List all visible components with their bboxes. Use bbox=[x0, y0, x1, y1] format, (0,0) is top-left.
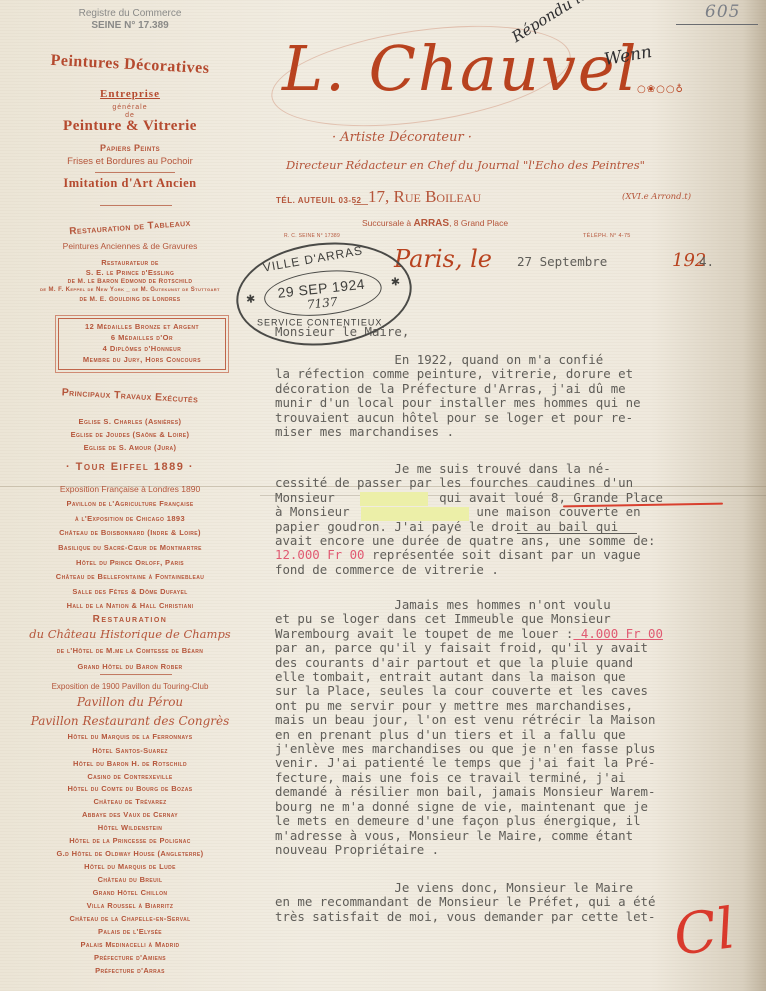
entreprise-label: Entreprise bbox=[0, 88, 260, 100]
church-line: Eglise de Joudes (Saône & Loire) bbox=[0, 430, 260, 439]
medal-line: Membre du Jury, Hors Concours bbox=[59, 354, 225, 365]
star-icon: ✱ bbox=[245, 292, 256, 306]
divider bbox=[100, 205, 172, 206]
medal-line: 12 Médailles Bronze et Argent bbox=[59, 321, 225, 332]
redaction-box bbox=[360, 492, 428, 506]
text-line: miser mes marchandises . bbox=[275, 425, 641, 439]
work-line: Hôtel du Baron H. de Rotschild bbox=[0, 759, 260, 768]
red-initial-mark: Cl bbox=[670, 896, 739, 969]
text-fragment: représentée soit disant par un vague bbox=[365, 547, 641, 562]
redaction-box bbox=[361, 507, 469, 521]
text-line: en me recommandant de Monsieur le Préfet… bbox=[275, 895, 655, 909]
letter-date: 27 Septembre bbox=[517, 254, 607, 269]
arrondissement: (XVI.e Arrond.t) bbox=[622, 192, 691, 202]
work-line: Hôtel du Prince Orloff, Paris bbox=[0, 558, 260, 567]
work-line: Pavillon de l'Agriculture Française bbox=[0, 499, 260, 508]
paragraph-4: Je viens donc, Monsieur le Maireen me re… bbox=[275, 881, 655, 924]
typed-underline bbox=[517, 533, 637, 534]
restaurateur-de: Restaurateur de bbox=[0, 258, 260, 267]
medal-line: 6 Médailles d'Or bbox=[59, 332, 225, 343]
client-line: S. E. le Prince d'Essling bbox=[0, 268, 260, 277]
text-line: Monsieur qui avait loué 8, Grande Place bbox=[275, 491, 663, 505]
work-line: Hôtel Santos-Suarez bbox=[0, 746, 260, 755]
text-line: fecture, mais une fois ce travail termin… bbox=[275, 771, 663, 785]
reference-underline bbox=[676, 24, 758, 25]
divider bbox=[100, 674, 172, 675]
papiers-peints: Papiers Peints bbox=[0, 143, 260, 153]
directeur-line: Directeur Rédacteur en Chef du Journal "… bbox=[286, 158, 645, 172]
work-line: Villa Roussel à Biarritz bbox=[0, 901, 260, 910]
text-line: le mets en demeure d'une façon plus éner… bbox=[275, 814, 663, 828]
church-line: Eglise de S. Amour (Jura) bbox=[0, 443, 260, 452]
succursale-city: ARRAS bbox=[414, 218, 450, 229]
text-line: munir d'un local pour installer mes homm… bbox=[275, 396, 641, 410]
work-line: à l'Exposition de Chicago 1893 bbox=[0, 514, 260, 523]
text-line: cessité de passer par les fourches caudi… bbox=[275, 476, 663, 490]
text-line: fond de commerce de vitrerie . bbox=[275, 563, 663, 577]
work-line: Château de Bellefontaine à Fontainebleau bbox=[0, 572, 260, 581]
register-number: SEINE N° 17.389 bbox=[40, 20, 220, 32]
star-icon: ✱ bbox=[390, 275, 401, 289]
pavillon-perou: Pavillon du Pérou bbox=[0, 695, 260, 709]
text-line: mais un beau jour, l'on est venu rétréci… bbox=[275, 713, 663, 727]
work-line: Hôtel du Comte du Bourg de Bozas bbox=[0, 784, 260, 793]
client-line: de M. F. Keppel de New York _ de M. Gute… bbox=[0, 287, 260, 293]
succursale-line: Succursale à ARRAS, 8 Grand Place bbox=[362, 218, 508, 229]
work-line: Château du Breuil bbox=[0, 875, 260, 884]
medals-box: 12 Médailles Bronze et Argent 6 Médaille… bbox=[58, 318, 226, 370]
expo-1900: Exposition de 1900 Pavillon du Touring-C… bbox=[0, 682, 260, 691]
text-line: En 1922, quand on m'a confié bbox=[275, 353, 641, 367]
register-line: Registre du Commerce bbox=[40, 8, 220, 20]
text-line: sur la Place, seules la cour couverte et… bbox=[275, 684, 663, 698]
work-line: Palais de l'Elysée bbox=[0, 927, 260, 936]
medal-line: 4 Diplômes d'Honneur bbox=[59, 343, 225, 354]
text-line: trouvaient aucun hôtel pour se loger et … bbox=[275, 411, 641, 425]
stamp-service: SERVICE CONTENTIEUX bbox=[257, 318, 382, 328]
paragraph-3: Jamais mes hommes n'ont vouluet pu se lo… bbox=[275, 598, 663, 857]
text-line: papier goudron. J'ai payé le droit au ba… bbox=[275, 520, 663, 534]
text-line: elle tombait, entrait autant dans la mai… bbox=[275, 670, 663, 684]
text-line: et pu se loger dans cet Immeuble que Mon… bbox=[275, 612, 663, 626]
work-line: Hôtel du Marquis de la Ferronnays bbox=[0, 732, 260, 741]
work-line: G.d Hôtel de Oldway House (Angleterre) bbox=[0, 849, 260, 858]
text-line: la réfection comme peinture, vitrerie, d… bbox=[275, 367, 641, 381]
text-line: décoration de la Préfecture d'Arras, j'a… bbox=[275, 382, 641, 396]
text-line: m'adresse à vous, Monsieur le Maire, com… bbox=[275, 829, 663, 843]
generale-label: générale bbox=[0, 104, 260, 111]
text-line: des courants d'air partout et que la plu… bbox=[275, 656, 663, 670]
text-line: avait encore une durée de quatre ans, un… bbox=[275, 534, 663, 548]
restauration-tableaux: Restauration de Tableaux bbox=[0, 213, 260, 242]
work-line: Hôtel de la Princesse de Polignac bbox=[0, 836, 260, 845]
brand-ornament-icon: ○❀○○♁ bbox=[637, 84, 684, 95]
text-line: venir. J'ai patienté le temps que j'ai f… bbox=[275, 756, 663, 770]
place-prefix: Paris, le bbox=[394, 245, 492, 273]
work-line: Hôtel Wildenstein bbox=[0, 823, 260, 832]
travaux-title: Principaux Travaux Exécutés bbox=[0, 383, 260, 409]
amount-4000: 4.000 Fr 00 bbox=[573, 626, 663, 641]
restauration-sub: Peintures Anciennes & de Gravures bbox=[0, 241, 260, 251]
restauration-heading: Restauration bbox=[0, 614, 260, 625]
tour-eiffel: · Tour Eiffel 1889 · bbox=[0, 461, 260, 473]
work-line: Hôtel du Marquis de Lude bbox=[0, 862, 260, 871]
text-line: Je viens donc, Monsieur le Maire bbox=[275, 881, 655, 895]
text-line: ont pu me servir pour y mettre mes march… bbox=[275, 699, 663, 713]
text-line: Warembourg avait le toupet de me louer :… bbox=[275, 627, 663, 641]
telephone-arras: TÉLÉPH. N° 4-75 bbox=[583, 233, 631, 239]
street-address: 17, Rue Boileau bbox=[368, 187, 481, 207]
succursale-address: , 8 Grand Place bbox=[449, 218, 508, 228]
pavillon-congres: Pavillon Restaurant des Congrès bbox=[0, 714, 260, 728]
client-line: de M. le Baron Edmond de Rotschild bbox=[0, 278, 260, 285]
text-line: Jamais mes hommes n'ont voulu bbox=[275, 598, 663, 612]
text-line: nouveau Propriétaire . bbox=[275, 843, 663, 857]
work-line: Hall de la Nation & Hall Christiani bbox=[0, 601, 260, 610]
text-line: bourg ne m'a donné signe de vie, mainten… bbox=[275, 800, 663, 814]
imitation-art-ancien: Imitation d'Art Ancien bbox=[0, 176, 260, 191]
text-line: j'enlève mes marchandises ou que je n'en… bbox=[275, 742, 663, 756]
text-fragment: Warembourg avait le toupet de me louer : bbox=[275, 626, 573, 641]
brand-name: L. Chauvel bbox=[282, 32, 638, 105]
year-suffix: 4. bbox=[699, 254, 714, 269]
client-line: de M. E. Goulding de Londres bbox=[0, 296, 260, 303]
work-line: Préfecture d'Arras bbox=[0, 966, 260, 975]
work-line: Grand Hôtel Chillon bbox=[0, 888, 260, 897]
work-line: Salle des Fêtes & Dôme Dufayel bbox=[0, 587, 260, 596]
work-line: Exposition Française à Londres 1890 bbox=[0, 484, 260, 494]
work-line: Château de Boisbonnard (Indre & Loire) bbox=[0, 528, 260, 537]
text-line: Je me suis trouvé dans la né- bbox=[275, 462, 663, 476]
work-line: Préfecture d'Amiens bbox=[0, 953, 260, 962]
text-line: par an, parce qu'il y faisait froid, qu'… bbox=[275, 641, 663, 655]
artiste-decorateur: · Artiste Décorateur · bbox=[332, 130, 472, 145]
frises-bordures: Frises et Bordures au Pochoir bbox=[0, 156, 260, 167]
telephone-auteuil: TÉL. AUTEUIL 03-52 bbox=[276, 196, 361, 205]
work-line: de l'Hôtel de M.me la Comtesse de Béarn bbox=[0, 646, 260, 655]
divider bbox=[354, 204, 368, 205]
work-line: Casino de Contrexeville bbox=[0, 772, 260, 781]
divider bbox=[95, 172, 175, 173]
trade-label: Peinture & Vitrerie bbox=[0, 118, 260, 135]
church-line: Eglise S. Charles (Asnières) bbox=[0, 417, 260, 426]
text-line: 12.000 Fr 00 représentée soit disant par… bbox=[275, 548, 663, 562]
work-line: Abbaye des Vaux de Cernay bbox=[0, 810, 260, 819]
text-line: demandé à résilier mon bail, jamais Mons… bbox=[275, 785, 663, 799]
amount-12000: 12.000 Fr 00 bbox=[275, 547, 365, 562]
paragraph-1: En 1922, quand on m'a confiéla réfection… bbox=[275, 353, 641, 439]
succursale-prefix: Succursale à bbox=[362, 218, 414, 228]
work-line: Château de la Chapelle-en-Serval bbox=[0, 914, 260, 923]
work-line: Château de Trévarez bbox=[0, 797, 260, 806]
text-line: très satisfait de moi, vous demander par… bbox=[275, 910, 655, 924]
work-line: Palais Medinacelli à Madrid bbox=[0, 940, 260, 949]
work-line: Basilique du Sacré-Cœur de Montmartre bbox=[0, 543, 260, 552]
chateau-champs: du Château Historique de Champs bbox=[0, 627, 260, 641]
work-line: Grand Hôtel du Baron Rober bbox=[0, 662, 260, 671]
text-line: en en prenant plus d'un tiers et il a fa… bbox=[275, 728, 663, 742]
reference-number: 605 bbox=[705, 2, 740, 22]
rc-number: R. C. SEINE N° 17389 bbox=[284, 233, 340, 239]
title-peintures-decoratives: Peintures Décoratives bbox=[0, 49, 260, 81]
